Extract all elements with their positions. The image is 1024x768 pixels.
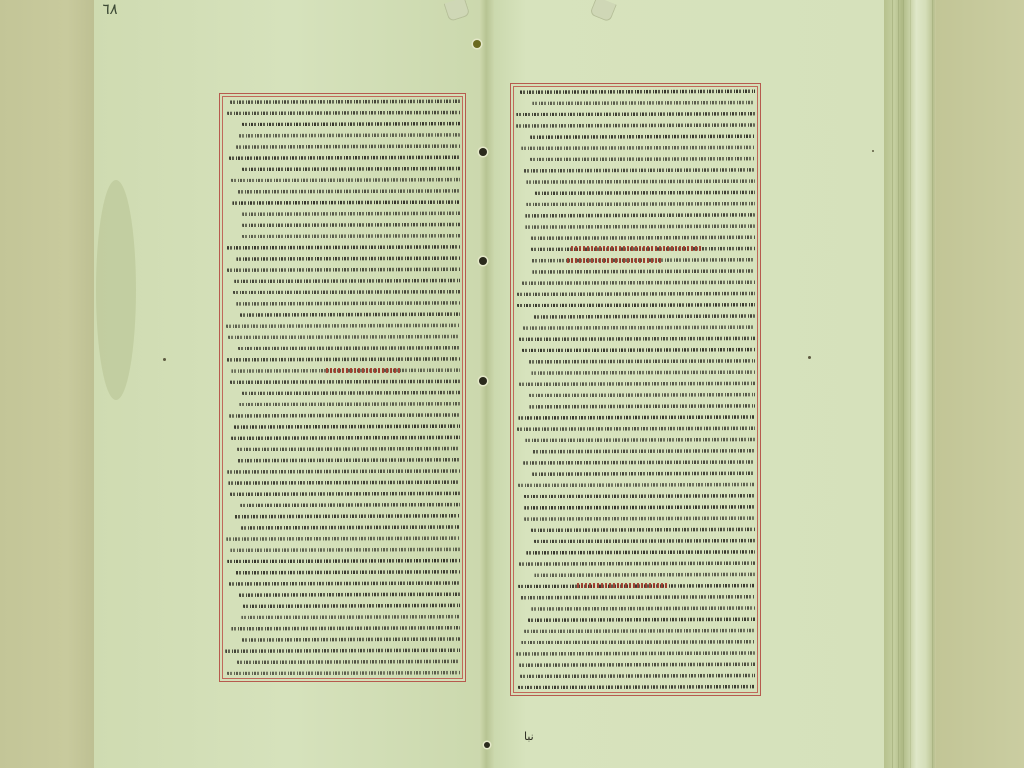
manuscript-line [225, 502, 460, 507]
manuscript-line [225, 166, 460, 171]
manuscript-line [516, 538, 755, 543]
manuscript-line [516, 145, 755, 150]
manuscript-line [516, 381, 755, 386]
manuscript-line [516, 190, 755, 195]
manuscript-line [516, 100, 755, 105]
manuscript-line [225, 446, 460, 451]
manuscript-line [225, 480, 460, 485]
manuscript-line [225, 592, 460, 597]
manuscript-line [225, 177, 460, 182]
manuscript-line [516, 224, 755, 229]
manuscript-line [516, 302, 755, 307]
manuscript-line [225, 558, 460, 563]
manuscript-line [516, 628, 755, 633]
manuscript-line [516, 213, 755, 218]
sewing-hole [479, 377, 487, 385]
manuscript-line [225, 458, 460, 463]
manuscript-line [225, 121, 460, 126]
manuscript-line [516, 673, 755, 678]
manuscript-line [516, 460, 755, 465]
manuscript-line [225, 133, 460, 138]
manuscript-line [516, 482, 755, 487]
manuscript-line [225, 289, 460, 294]
manuscript-line [225, 390, 460, 395]
manuscript-line [225, 357, 460, 362]
manuscript-line [516, 359, 755, 364]
manuscript-line [225, 323, 460, 328]
manuscript-line [225, 581, 460, 586]
manuscript-line [516, 684, 755, 689]
manuscript-line [516, 179, 755, 184]
water-stain [96, 180, 136, 400]
manuscript-line [516, 516, 755, 521]
manuscript-line [516, 662, 755, 667]
manuscript-line [516, 437, 755, 442]
manuscript-line [516, 449, 755, 454]
catchword: نبا [524, 730, 534, 743]
manuscript-line [516, 258, 755, 263]
manuscript-line [225, 379, 460, 384]
manuscript-line [516, 347, 755, 352]
manuscript-line [225, 368, 460, 373]
manuscript-line [516, 291, 755, 296]
manuscript-line [225, 648, 460, 653]
manuscript-line [225, 413, 460, 418]
manuscript-line [225, 401, 460, 406]
manuscript-line [225, 144, 460, 149]
manuscript-line [225, 189, 460, 194]
manuscript-line [516, 123, 755, 128]
paper-speck [872, 150, 874, 152]
sewing-hole [479, 148, 487, 156]
manuscript-line [516, 415, 755, 420]
manuscript-line [225, 267, 460, 272]
manuscript-line [225, 424, 460, 429]
manuscript-line [516, 235, 755, 240]
manuscript-line [516, 370, 755, 375]
manuscript-line [516, 606, 755, 611]
manuscript-line [225, 469, 460, 474]
manuscript-line [516, 617, 755, 622]
page-stack-fore-edge [884, 0, 936, 768]
manuscript-line [516, 246, 755, 251]
manuscript-line [225, 536, 460, 541]
manuscript-line [225, 570, 460, 575]
paper-speck [163, 358, 166, 361]
paper-speck [808, 356, 811, 359]
sewing-hole [479, 257, 487, 265]
manuscript-line [516, 572, 755, 577]
manuscript-line [225, 637, 460, 642]
manuscript-line [225, 626, 460, 631]
sewing-hole [484, 742, 490, 748]
manuscript-line [516, 583, 755, 588]
manuscript-line [225, 670, 460, 675]
text-frame-right [510, 83, 761, 696]
manuscript-line [225, 312, 460, 317]
manuscript-line [516, 471, 755, 476]
manuscript-line [225, 525, 460, 530]
manuscript-line [225, 491, 460, 496]
manuscript-line [516, 269, 755, 274]
manuscript-line [225, 211, 460, 216]
manuscript-line [516, 493, 755, 498]
manuscript-line [225, 514, 460, 519]
manuscript-line [516, 156, 755, 161]
manuscript-line [516, 404, 755, 409]
manuscript-line [516, 550, 755, 555]
text-frame-left [219, 93, 466, 682]
manuscript-line [516, 89, 755, 94]
folio-number: ٦٨ [101, 0, 120, 18]
manuscript-line [516, 561, 755, 566]
manuscript-line [516, 201, 755, 206]
manuscript-line [516, 336, 755, 341]
manuscript-line [516, 168, 755, 173]
manuscript-line [225, 200, 460, 205]
manuscript-line [225, 99, 460, 104]
manuscript-line [516, 639, 755, 644]
scan-background-left [0, 0, 96, 768]
manuscript-line [225, 278, 460, 283]
manuscript-line [516, 134, 755, 139]
manuscript-line [516, 651, 755, 656]
manuscript-line [516, 392, 755, 397]
manuscript-line [516, 314, 755, 319]
text-block-left [225, 99, 460, 676]
manuscript-line [225, 233, 460, 238]
manuscript-line [516, 325, 755, 330]
manuscript-line [516, 527, 755, 532]
manuscript-line [516, 505, 755, 510]
text-block-right [516, 89, 755, 690]
manuscript-line [516, 595, 755, 600]
manuscript-line [516, 426, 755, 431]
manuscript-line [225, 659, 460, 664]
sewing-hole [473, 40, 481, 48]
manuscript-line [225, 245, 460, 250]
scan-background-right [935, 0, 1024, 768]
manuscript-line [225, 614, 460, 619]
manuscript-line [225, 345, 460, 350]
manuscript-line [225, 435, 460, 440]
manuscript-line [225, 301, 460, 306]
manuscript-line [516, 280, 755, 285]
manuscript-line [225, 155, 460, 160]
manuscript-line [225, 110, 460, 115]
manuscript-line [225, 547, 460, 552]
manuscript-line [225, 603, 460, 608]
manuscript-line [516, 111, 755, 116]
manuscript-line [225, 334, 460, 339]
manuscript-line [225, 222, 460, 227]
manuscript-line [225, 256, 460, 261]
